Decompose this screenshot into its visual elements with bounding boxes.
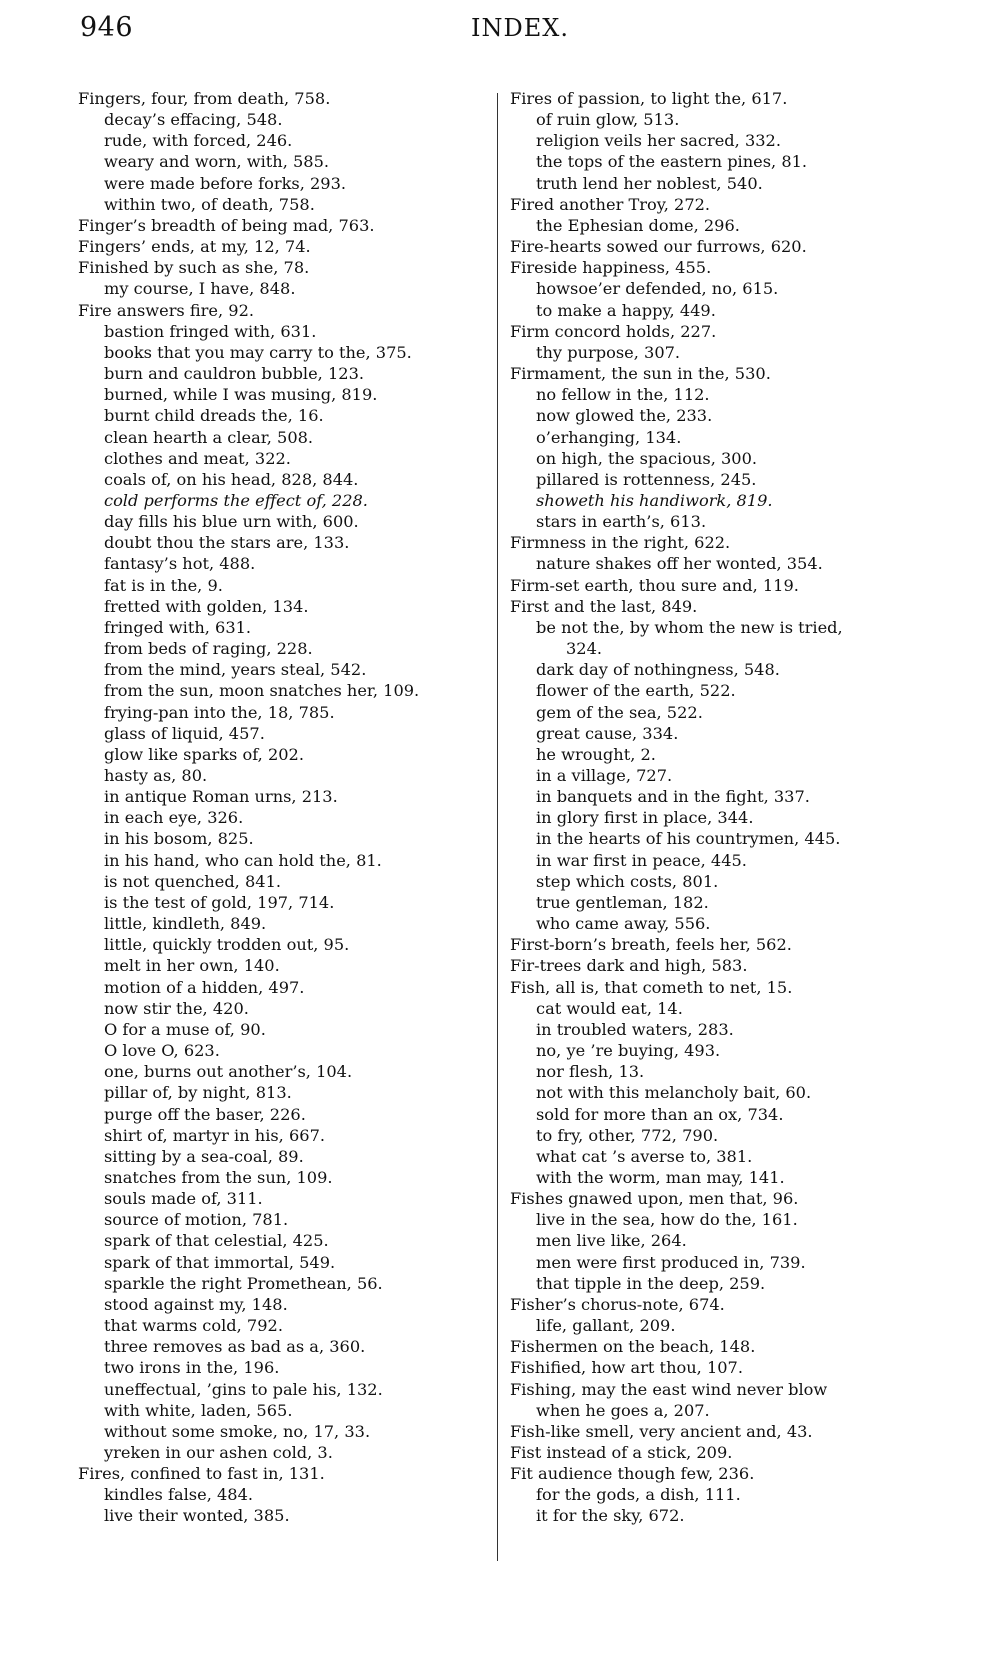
index-subentry: in the hearts of his countrymen, 445. [510,828,980,849]
index-entry-continuation: 324. [510,638,980,659]
index-subentry: is the test of gold, 197, 714. [78,892,498,913]
index-subentry: day fills his blue urn with, 600. [78,511,498,532]
index-subentry: on high, the spacious, 300. [510,448,980,469]
index-subentry: with the worm, man may, 141. [510,1167,980,1188]
index-subentry: purge off the baser, 226. [78,1104,498,1125]
index-entry: Fire answers fire, 92. [78,300,498,321]
index-subentry: pillar of, by night, 813. [78,1082,498,1103]
index-subentry: burn and cauldron bubble, 123. [78,363,498,384]
index-subentry: books that you may carry to the, 375. [78,342,498,363]
index-subentry: fantasy’s hot, 488. [78,553,498,574]
index-subentry: rude, with forced, 246. [78,130,498,151]
index-subentry: yreken in our ashen cold, 3. [78,1442,498,1463]
index-subentry: in his bosom, 825. [78,828,498,849]
index-subentry: little, kindleth, 849. [78,913,498,934]
index-entry: Firm concord holds, 227. [510,321,980,342]
index-entry: Firm-set earth, thou sure and, 119. [510,575,980,596]
index-subentry: souls made of, 311. [78,1188,498,1209]
index-subentry: no fellow in the, 112. [510,384,980,405]
index-subentry: stars in earth’s, 613. [510,511,980,532]
index-subentry: clean hearth a clear, 508. [78,427,498,448]
index-subentry: bastion fringed with, 631. [78,321,498,342]
index-subentry: glass of liquid, 457. [78,723,498,744]
index-subentry: showeth his handiwork, 819. [510,490,980,511]
index-subentry: sitting by a sea-coal, 89. [78,1146,498,1167]
index-subentry: in a village, 727. [510,765,980,786]
index-subentry: pillared is rottenness, 245. [510,469,980,490]
index-subentry: to fry, other, 772, 790. [510,1125,980,1146]
page-title: INDEX. [0,14,1000,42]
index-entry: First and the last, 849. [510,596,980,617]
index-subentry: in troubled waters, 283. [510,1019,980,1040]
index-entry: Firmness in the right, 622. [510,532,980,553]
index-subentry: he wrought, 2. [510,744,980,765]
index-subentry: shirt of, martyr in his, 667. [78,1125,498,1146]
index-entry: Finger’s breadth of being mad, 763. [78,215,498,236]
index-subentry: burnt child dreads the, 16. [78,405,498,426]
index-subentry: in each eye, 326. [78,807,498,828]
index-subentry: glow like sparks of, 202. [78,744,498,765]
index-entry: Fishermen on the beach, 148. [510,1336,980,1357]
index-column-left: Fingers, four, from death, 758.decay’s e… [78,88,498,1527]
index-entry: Fired another Troy, 272. [510,194,980,215]
index-subentry: two irons in the, 196. [78,1357,498,1378]
index-subentry: fretted with golden, 134. [78,596,498,617]
index-subentry: for the gods, a dish, 111. [510,1484,980,1505]
index-subentry: what cat ’s averse to, 381. [510,1146,980,1167]
index-subentry: dark day of nothingness, 548. [510,659,980,680]
index-subentry: three removes as bad as a, 360. [78,1336,498,1357]
index-subentry: snatches from the sun, 109. [78,1167,498,1188]
index-subentry: frying-pan into the, 18, 785. [78,702,498,723]
index-subentry: fringed with, 631. [78,617,498,638]
index-entry: Fingers, four, from death, 758. [78,88,498,109]
index-subentry: cold performs the effect of, 228. [78,490,498,511]
index-subentry: true gentleman, 182. [510,892,980,913]
index-entry: Fisher’s chorus-note, 674. [510,1294,980,1315]
index-column-right: Fires of passion, to light the, 617.of r… [510,88,980,1527]
index-entry: Firmament, the sun in the, 530. [510,363,980,384]
index-entry: Fishes gnawed upon, men that, 96. [510,1188,980,1209]
index-subentry: nor flesh, 13. [510,1061,980,1082]
index-entry: Finished by such as she, 78. [78,257,498,278]
index-subentry: that warms cold, 792. [78,1315,498,1336]
index-subentry: now glowed the, 233. [510,405,980,426]
index-subentry: decay’s effacing, 548. [78,109,498,130]
index-entry: Fishified, how art thou, 107. [510,1357,980,1378]
index-subentry: life, gallant, 209. [510,1315,980,1336]
index-subentry: nature shakes off her wonted, 354. [510,553,980,574]
index-subentry: who came away, 556. [510,913,980,934]
column-divider [497,93,498,1561]
index-subentry: sparkle the right Promethean, 56. [78,1273,498,1294]
index-subentry: to make a happy, 449. [510,300,980,321]
index-subentry: from the sun, moon snatches her, 109. [78,680,498,701]
index-subentry: cat would eat, 14. [510,998,980,1019]
index-subentry: with white, laden, 565. [78,1400,498,1421]
index-subentry: motion of a hidden, 497. [78,977,498,998]
index-subentry: in war first in peace, 445. [510,850,980,871]
index-subentry: gem of the sea, 522. [510,702,980,723]
index-subentry: stood against my, 148. [78,1294,498,1315]
index-subentry: men live like, 264. [510,1230,980,1251]
index-entry: Fishing, may the east wind never blow [510,1379,980,1400]
index-subentry: clothes and meat, 322. [78,448,498,469]
index-subentry: the tops of the eastern pines, 81. [510,151,980,172]
index-entry: Fit audience though few, 236. [510,1463,980,1484]
index-subentry: spark of that celestial, 425. [78,1230,498,1251]
index-subentry: O for a muse of, 90. [78,1019,498,1040]
index-subentry: that tipple in the deep, 259. [510,1273,980,1294]
index-subentry: thy purpose, 307. [510,342,980,363]
index-subentry: doubt thou the stars are, 133. [78,532,498,553]
index-subentry: in antique Roman urns, 213. [78,786,498,807]
index-subentry: from beds of raging, 228. [78,638,498,659]
index-subentry: live their wonted, 385. [78,1505,498,1526]
index-subentry: now stir the, 420. [78,998,498,1019]
index-subentry: burned, while I was musing, 819. [78,384,498,405]
index-subentry: howsoe’er defended, no, 615. [510,278,980,299]
index-subentry: one, burns out another’s, 104. [78,1061,498,1082]
index-entry: Fires of passion, to light the, 617. [510,88,980,109]
index-subentry: O love O, 623. [78,1040,498,1061]
index-subentry: in banquets and in the fight, 337. [510,786,980,807]
index-entry: Fireside happiness, 455. [510,257,980,278]
index-subentry: not with this melancholy bait, 60. [510,1082,980,1103]
index-subentry: little, quickly trodden out, 95. [78,934,498,955]
index-subentry: source of motion, 781. [78,1209,498,1230]
index-entry: Fires, confined to fast in, 131. [78,1463,498,1484]
index-subentry: my course, I have, 848. [78,278,498,299]
index-subentry: in glory first in place, 344. [510,807,980,828]
index-subentry: uneffectual, ’gins to pale his, 132. [78,1379,498,1400]
index-subentry: were made before forks, 293. [78,173,498,194]
index-subentry: sold for more than an ox, 734. [510,1104,980,1125]
index-entry: First-born’s breath, feels her, 562. [510,934,980,955]
index-subentry: o’erhanging, 134. [510,427,980,448]
index-subentry: men were first produced in, 739. [510,1252,980,1273]
index-subentry: live in the sea, how do the, 161. [510,1209,980,1230]
index-subentry: be not the, by whom the new is tried, [510,617,980,638]
index-subentry: it for the sky, 672. [510,1505,980,1526]
index-subentry: step which costs, 801. [510,871,980,892]
index-entry: Fire-hearts sowed our furrows, 620. [510,236,980,257]
index-subentry: without some smoke, no, 17, 33. [78,1421,498,1442]
index-subentry: religion veils her sacred, 332. [510,130,980,151]
index-subentry: hasty as, 80. [78,765,498,786]
index-subentry: in his hand, who can hold the, 81. [78,850,498,871]
index-entry: Fish-like smell, very ancient and, 43. [510,1421,980,1442]
index-subentry: coals of, on his head, 828, 844. [78,469,498,490]
index-subentry: from the mind, years steal, 542. [78,659,498,680]
index-subentry: weary and worn, with, 585. [78,151,498,172]
index-entry: Fish, all is, that cometh to net, 15. [510,977,980,998]
index-subentry: of ruin glow, 513. [510,109,980,130]
index-entry: Fist instead of a stick, 209. [510,1442,980,1463]
index-subentry: kindles false, 484. [78,1484,498,1505]
index-subentry: melt in her own, 140. [78,955,498,976]
index-subentry: flower of the earth, 522. [510,680,980,701]
index-subentry: when he goes a, 207. [510,1400,980,1421]
index-subentry: no, ye ’re buying, 493. [510,1040,980,1061]
index-entry: Fir-trees dark and high, 583. [510,955,980,976]
index-subentry: the Ephesian dome, 296. [510,215,980,236]
index-subentry: truth lend her noblest, 540. [510,173,980,194]
index-entry: Fingers’ ends, at my, 12, 74. [78,236,498,257]
index-subentry: fat is in the, 9. [78,575,498,596]
index-subentry: within two, of death, 758. [78,194,498,215]
index-subentry: spark of that immortal, 549. [78,1252,498,1273]
index-subentry: great cause, 334. [510,723,980,744]
index-subentry: is not quenched, 841. [78,871,498,892]
